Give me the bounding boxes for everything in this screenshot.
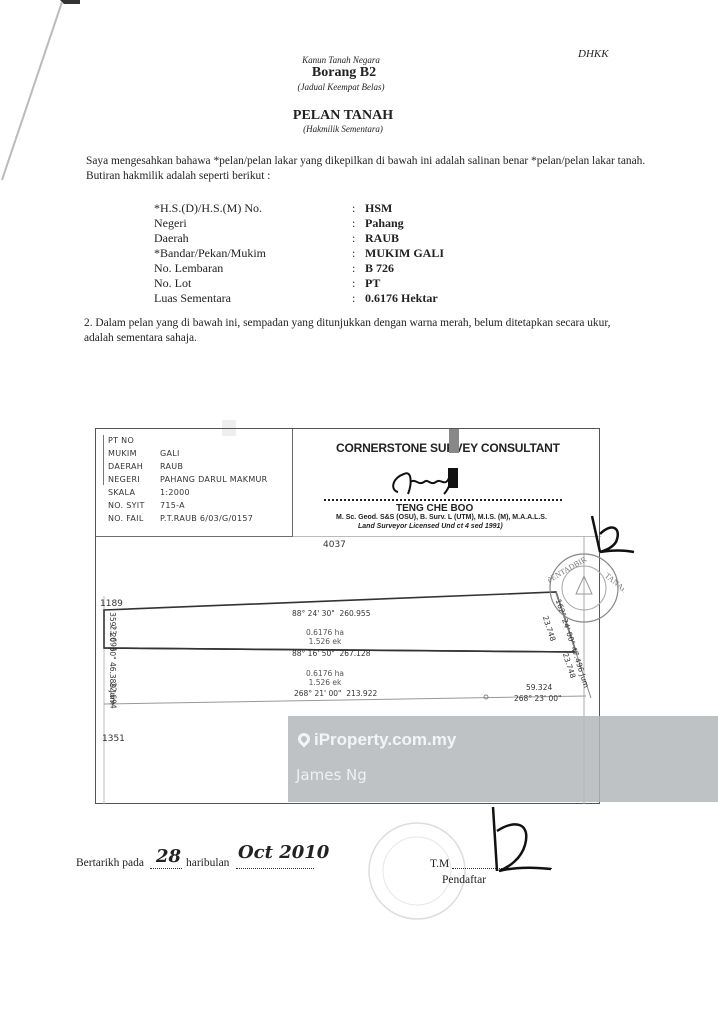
title-detail-colon: : bbox=[352, 261, 355, 276]
title-detail-value: HSM bbox=[365, 201, 392, 216]
boundary-note: 2. Dalam pelan yang di bawah ini, sempad… bbox=[84, 316, 614, 346]
title-detail-label: No. Lot bbox=[154, 276, 191, 291]
plan-info-row: NO. SYIT715-A bbox=[108, 500, 288, 513]
registrar-signature bbox=[485, 805, 557, 877]
area-acre: 1.526 ek bbox=[306, 678, 344, 687]
plan-info-value: GALI bbox=[160, 448, 180, 459]
plan-info-label: PT NO bbox=[108, 435, 134, 446]
adjacent-lot-north: 4037 bbox=[323, 540, 346, 550]
surveyor-company: CORNERSTONE SURVEY CONSULTANT bbox=[336, 441, 560, 455]
registrar-label: Pendaftar bbox=[442, 874, 486, 886]
title-detail-label: Daerah bbox=[154, 231, 189, 246]
area-hectare: 0.6176 ha bbox=[306, 628, 344, 637]
plan-info-row: NO. FAILP.T.RAUB 6/03/G/0157 bbox=[108, 513, 288, 526]
title-detail-label: Negeri bbox=[154, 216, 187, 231]
distance-value: 267.128 bbox=[339, 649, 370, 658]
bearing-middle: 88° 16' 50" 267.128 bbox=[292, 649, 370, 658]
plan-info-row: PT NO bbox=[108, 435, 288, 448]
certification-text: Saya mengesahkan bahawa *pelan/pelan lak… bbox=[86, 154, 646, 184]
plan-info-label: DAERAH bbox=[108, 461, 143, 472]
plan-info-label: NEGERI bbox=[108, 474, 140, 485]
title-detail-row: Negeri:Pahang bbox=[154, 216, 494, 231]
north-arrow bbox=[103, 435, 104, 485]
plan-info-box: PT NOMUKIMGALIDAERAHRAUBNEGERIPAHANG DAR… bbox=[96, 429, 293, 537]
title-detail-colon: : bbox=[352, 231, 355, 246]
bearing-bottom: 268° 21' 00" 213.922 bbox=[294, 689, 377, 698]
redaction-patch bbox=[449, 429, 459, 453]
surveyor-name: TENG CHE BOO bbox=[396, 503, 473, 514]
adjacent-lot-west-top: 1189 bbox=[100, 599, 123, 609]
plan-info-row: DAERAHRAUB bbox=[108, 461, 288, 474]
watermark-site-text: iProperty.com.my bbox=[314, 730, 456, 749]
bearing-top: 88° 24' 30" 260.955 bbox=[292, 609, 370, 618]
title-detail-colon: : bbox=[352, 291, 355, 306]
distance-value: 260.955 bbox=[339, 609, 370, 618]
plan-info-value: P.T.RAUB 6/03/G/0157 bbox=[160, 513, 253, 524]
area-lower-lot: 0.6176 ha1.526 ek bbox=[306, 669, 344, 687]
watermark-user: James Ng bbox=[296, 766, 367, 784]
plan-info-row: SKALA1:2000 bbox=[108, 487, 288, 500]
page-fold-edge bbox=[0, 0, 80, 200]
title-detail-row: Luas Sementara:0.6176 Hektar bbox=[154, 291, 494, 306]
surveyor-block: CORNERSTONE SURVEY CONSULTANT TENG CHE B… bbox=[296, 429, 596, 536]
title-detail-row: Daerah:RAUB bbox=[154, 231, 494, 246]
dated-label: Bertarikh pada bbox=[76, 857, 144, 869]
watermark: iProperty.com.my James Ng bbox=[288, 716, 718, 802]
title-detail-row: No. Lembaran:B 726 bbox=[154, 261, 494, 276]
form-number: Borang B2 bbox=[244, 65, 444, 81]
day-line bbox=[150, 868, 182, 869]
surveyor-signature bbox=[386, 464, 466, 498]
plan-info-value: 715-A bbox=[160, 500, 185, 511]
faded-stamp bbox=[365, 818, 475, 924]
area-upper-lot: 0.6176 ha1.526 ek bbox=[306, 628, 344, 646]
watermark-site: iProperty.com.my bbox=[298, 730, 456, 750]
month-year-value: Oct 2010 bbox=[238, 842, 329, 863]
bearing-bottom-right: 268° 23' 00" bbox=[514, 694, 561, 703]
bearing-value: 88° 24' 30" bbox=[292, 609, 335, 618]
surveyor-license: Land Surveyor Licensed Und ct 4 sed 1991… bbox=[358, 523, 503, 530]
plan-info-value: 1:2000 bbox=[160, 487, 190, 498]
signature-line bbox=[324, 499, 562, 501]
adjacent-lot-west-bottom: 1351 bbox=[102, 734, 125, 744]
west-top-segment: 23.695 bbox=[109, 625, 118, 651]
area-acre: 1.526 ek bbox=[306, 637, 344, 646]
title-detail-value: PT bbox=[365, 276, 380, 291]
plan-info-value: RAUB bbox=[160, 461, 183, 472]
title-details: *H.S.(D)/H.S.(M) No.:HSMNegeri:PahangDae… bbox=[154, 201, 494, 306]
act-name: Kanun Tanah Negara bbox=[241, 55, 441, 65]
bearing-value: 88° 16' 50" bbox=[292, 649, 335, 658]
title-detail-row: No. Lot:PT bbox=[154, 276, 494, 291]
plan-info-label: NO. FAIL bbox=[108, 513, 144, 524]
title-detail-colon: : bbox=[352, 276, 355, 291]
title-detail-colon: : bbox=[352, 216, 355, 231]
title-detail-colon: : bbox=[352, 246, 355, 261]
surveyor-qualifications: M. Sc. Geod. S&S (OSU), B. Surv. L (UTM)… bbox=[336, 514, 547, 521]
title-detail-value: MUKIM GALI bbox=[365, 246, 444, 261]
plan-info-value: PAHANG DARUL MAKMUR bbox=[160, 474, 268, 485]
title-detail-label: No. Lembaran bbox=[154, 261, 223, 276]
title-detail-colon: : bbox=[352, 201, 355, 216]
month-line bbox=[236, 868, 314, 869]
month-label: haribulan bbox=[186, 857, 229, 869]
location-pin-icon bbox=[296, 731, 313, 748]
west-bottom-segment: 22.694 bbox=[109, 682, 118, 708]
title-detail-label: *Bandar/Pekan/Mukim bbox=[154, 246, 266, 261]
office-code: DHKK bbox=[578, 48, 609, 60]
form-schedule: (Jadual Keempat Belas) bbox=[241, 82, 441, 92]
document-title: PELAN TANAH bbox=[243, 108, 443, 124]
plan-info-label: MUKIM bbox=[108, 448, 137, 459]
plan-info-row: NEGERIPAHANG DARUL MAKMUR bbox=[108, 474, 288, 487]
title-detail-value: RAUB bbox=[365, 231, 399, 246]
bearing-value: 268° 21' 00" bbox=[294, 689, 341, 698]
plan-info-label: NO. SYIT bbox=[108, 500, 145, 511]
plan-info-label: SKALA bbox=[108, 487, 135, 498]
title-detail-row: *H.S.(D)/H.S.(M) No.:HSM bbox=[154, 201, 494, 216]
title-detail-label: Luas Sementara bbox=[154, 291, 231, 306]
day-value: 28 bbox=[156, 846, 181, 867]
plan-info-row: MUKIMGALI bbox=[108, 448, 288, 461]
tm-label: T.M bbox=[430, 858, 449, 870]
area-hectare: 0.6176 ha bbox=[306, 669, 344, 678]
title-detail-row: *Bandar/Pekan/Mukim:MUKIM GALI bbox=[154, 246, 494, 261]
title-detail-value: 0.6176 Hektar bbox=[365, 291, 438, 306]
registrar-initial bbox=[588, 512, 648, 558]
distance-value: 213.922 bbox=[346, 689, 377, 698]
distance-bottom-right: 59.324 bbox=[526, 683, 552, 692]
document-subtitle: (Hakmilik Sementara) bbox=[243, 124, 443, 134]
title-detail-value: Pahang bbox=[365, 216, 404, 231]
title-detail-value: B 726 bbox=[365, 261, 394, 276]
title-detail-label: *H.S.(D)/H.S.(M) No. bbox=[154, 201, 262, 216]
